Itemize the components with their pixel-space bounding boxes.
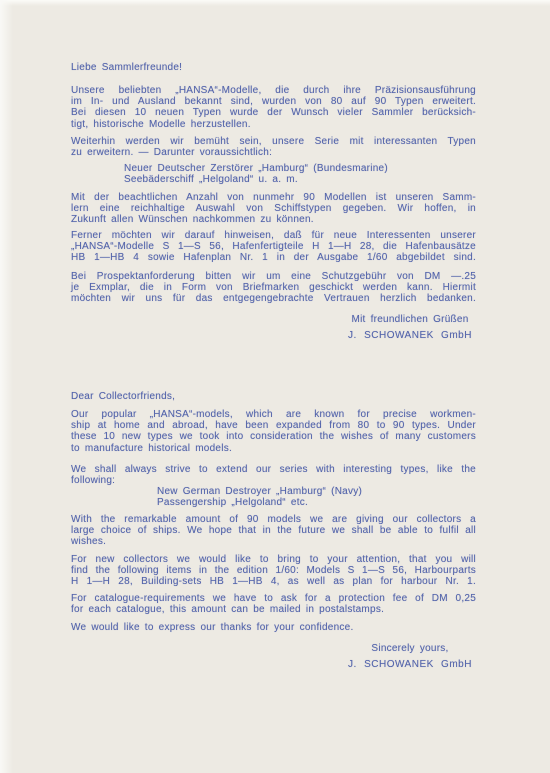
english-signature: J. SCHOWANEK GmbH: [330, 657, 490, 673]
text-line: Seebäderschiff „Helgoland“ u. a. m.: [124, 174, 476, 185]
text-line: wishes.: [71, 536, 476, 547]
english-paragraph-4: For new collectors we would like to brin…: [71, 554, 476, 588]
text-line: HB 1—HB 4 sowie Hafenplan Nr. 1 in der A…: [71, 252, 476, 263]
text-line: New German Destroyer „Hamburg“ (Navy): [157, 486, 476, 497]
text-line: large choice of ships. We hope that in t…: [71, 525, 476, 536]
german-salutation: Liebe Sammlerfreunde!: [71, 62, 182, 73]
german-ship-list: Neuer Deutscher Zerstörer „Hamburg“ (Bun…: [71, 163, 476, 185]
english-paragraph-5: For catalogue-requirements we have to as…: [71, 593, 476, 615]
text-line: following:: [71, 475, 476, 486]
text-line: find the following items in the edition …: [71, 565, 476, 576]
text-line: With the remarkable amount of 90 models …: [71, 514, 476, 525]
text-line: Our popular „HANSA“-models, which are kn…: [71, 409, 476, 420]
english-salutation: Dear Collectorfriends,: [71, 391, 175, 402]
scan-edge-left: [0, 0, 13, 773]
scan-edge-top: [0, 0, 550, 6]
german-signature: J. SCHOWANEK GmbH: [330, 328, 490, 344]
german-paragraph-5: Bei Prospektanforderung bitten wir um ei…: [71, 271, 476, 305]
text-line: for each catalogue, this amount can be m…: [71, 604, 476, 615]
text-line: H 1—H 28, Building-sets HB 1—HB 4, as we…: [71, 576, 476, 587]
text-line: zu erweitern. — Darunter voraussichtlich…: [71, 147, 476, 158]
german-closing: Mit freundlichen Grüßen: [330, 312, 490, 328]
english-closing: Sincerely yours,: [330, 641, 490, 657]
text-line: Mit der beachtlichen Anzahl von nunmehr …: [71, 192, 476, 203]
letter-page: Liebe Sammlerfreunde! Unsere beliebten „…: [0, 0, 550, 773]
english-paragraph-6: We would like to express our thanks for …: [71, 622, 476, 633]
text-line: Passengership „Helgoland“ etc.: [157, 497, 476, 508]
german-paragraph-1: Unsere beliebten „HANSA“-Modelle, die du…: [71, 85, 476, 130]
text-line: We shall always strive to extend our ser…: [71, 464, 476, 475]
english-paragraph-1: Our popular „HANSA“-models, which are kn…: [71, 409, 476, 454]
german-paragraph-2: Weiterhin werden wir bemüht sein, unsere…: [71, 136, 476, 158]
text-line: lern eine reichhaltige Auswahl von Schif…: [71, 203, 476, 214]
text-line: Bei Prospektanforderung bitten wir um ei…: [71, 271, 476, 282]
english-closing-block: Sincerely yours, J. SCHOWANEK GmbH: [330, 641, 490, 673]
text-line: We would like to express our thanks for …: [71, 622, 476, 633]
text-line: möchten wir uns für das entgegengebracht…: [71, 293, 476, 304]
text-line: Neuer Deutscher Zerstörer „Hamburg“ (Bun…: [124, 163, 476, 174]
text-line: Ferner möchten wir darauf hinweisen, daß…: [71, 230, 476, 241]
text-line: For new collectors we would like to brin…: [71, 554, 476, 565]
text-line: Bei diesen 10 neuen Typen wurde der Wuns…: [71, 107, 476, 118]
text-line: „HANSA“-Modelle S 1—S 56, Hafenfertigtei…: [71, 241, 476, 252]
german-paragraph-3: Mit der beachtlichen Anzahl von nunmehr …: [71, 192, 476, 226]
german-closing-block: Mit freundlichen Grüßen J. SCHOWANEK Gmb…: [330, 312, 490, 344]
german-paragraph-4: Ferner möchten wir darauf hinweisen, daß…: [71, 230, 476, 264]
text-line: im In- und Ausland bekannt sind, wurden …: [71, 96, 476, 107]
english-paragraph-2: We shall always strive to extend our ser…: [71, 464, 476, 486]
text-line: Weiterhin werden wir bemüht sein, unsere…: [71, 136, 476, 147]
text-line: ship at home and abroad, have been expan…: [71, 420, 476, 431]
text-line: these 10 new types we took into consider…: [71, 431, 476, 442]
text-line: to manufacture historical models.: [71, 443, 476, 454]
text-line: For catalogue-requirements we have to as…: [71, 593, 476, 604]
text-line: je Exmplar, die in Form von Briefmarken …: [71, 282, 476, 293]
text-line: tigt, historische Modelle herzustellen.: [71, 119, 476, 130]
english-paragraph-3: With the remarkable amount of 90 models …: [71, 514, 476, 548]
text-line: Unsere beliebten „HANSA“-Modelle, die du…: [71, 85, 476, 96]
text-line: Zukunft allen Wünschen nachkommen zu kön…: [71, 214, 476, 225]
english-ship-list: New German Destroyer „Hamburg“ (Navy)Pas…: [71, 486, 476, 508]
